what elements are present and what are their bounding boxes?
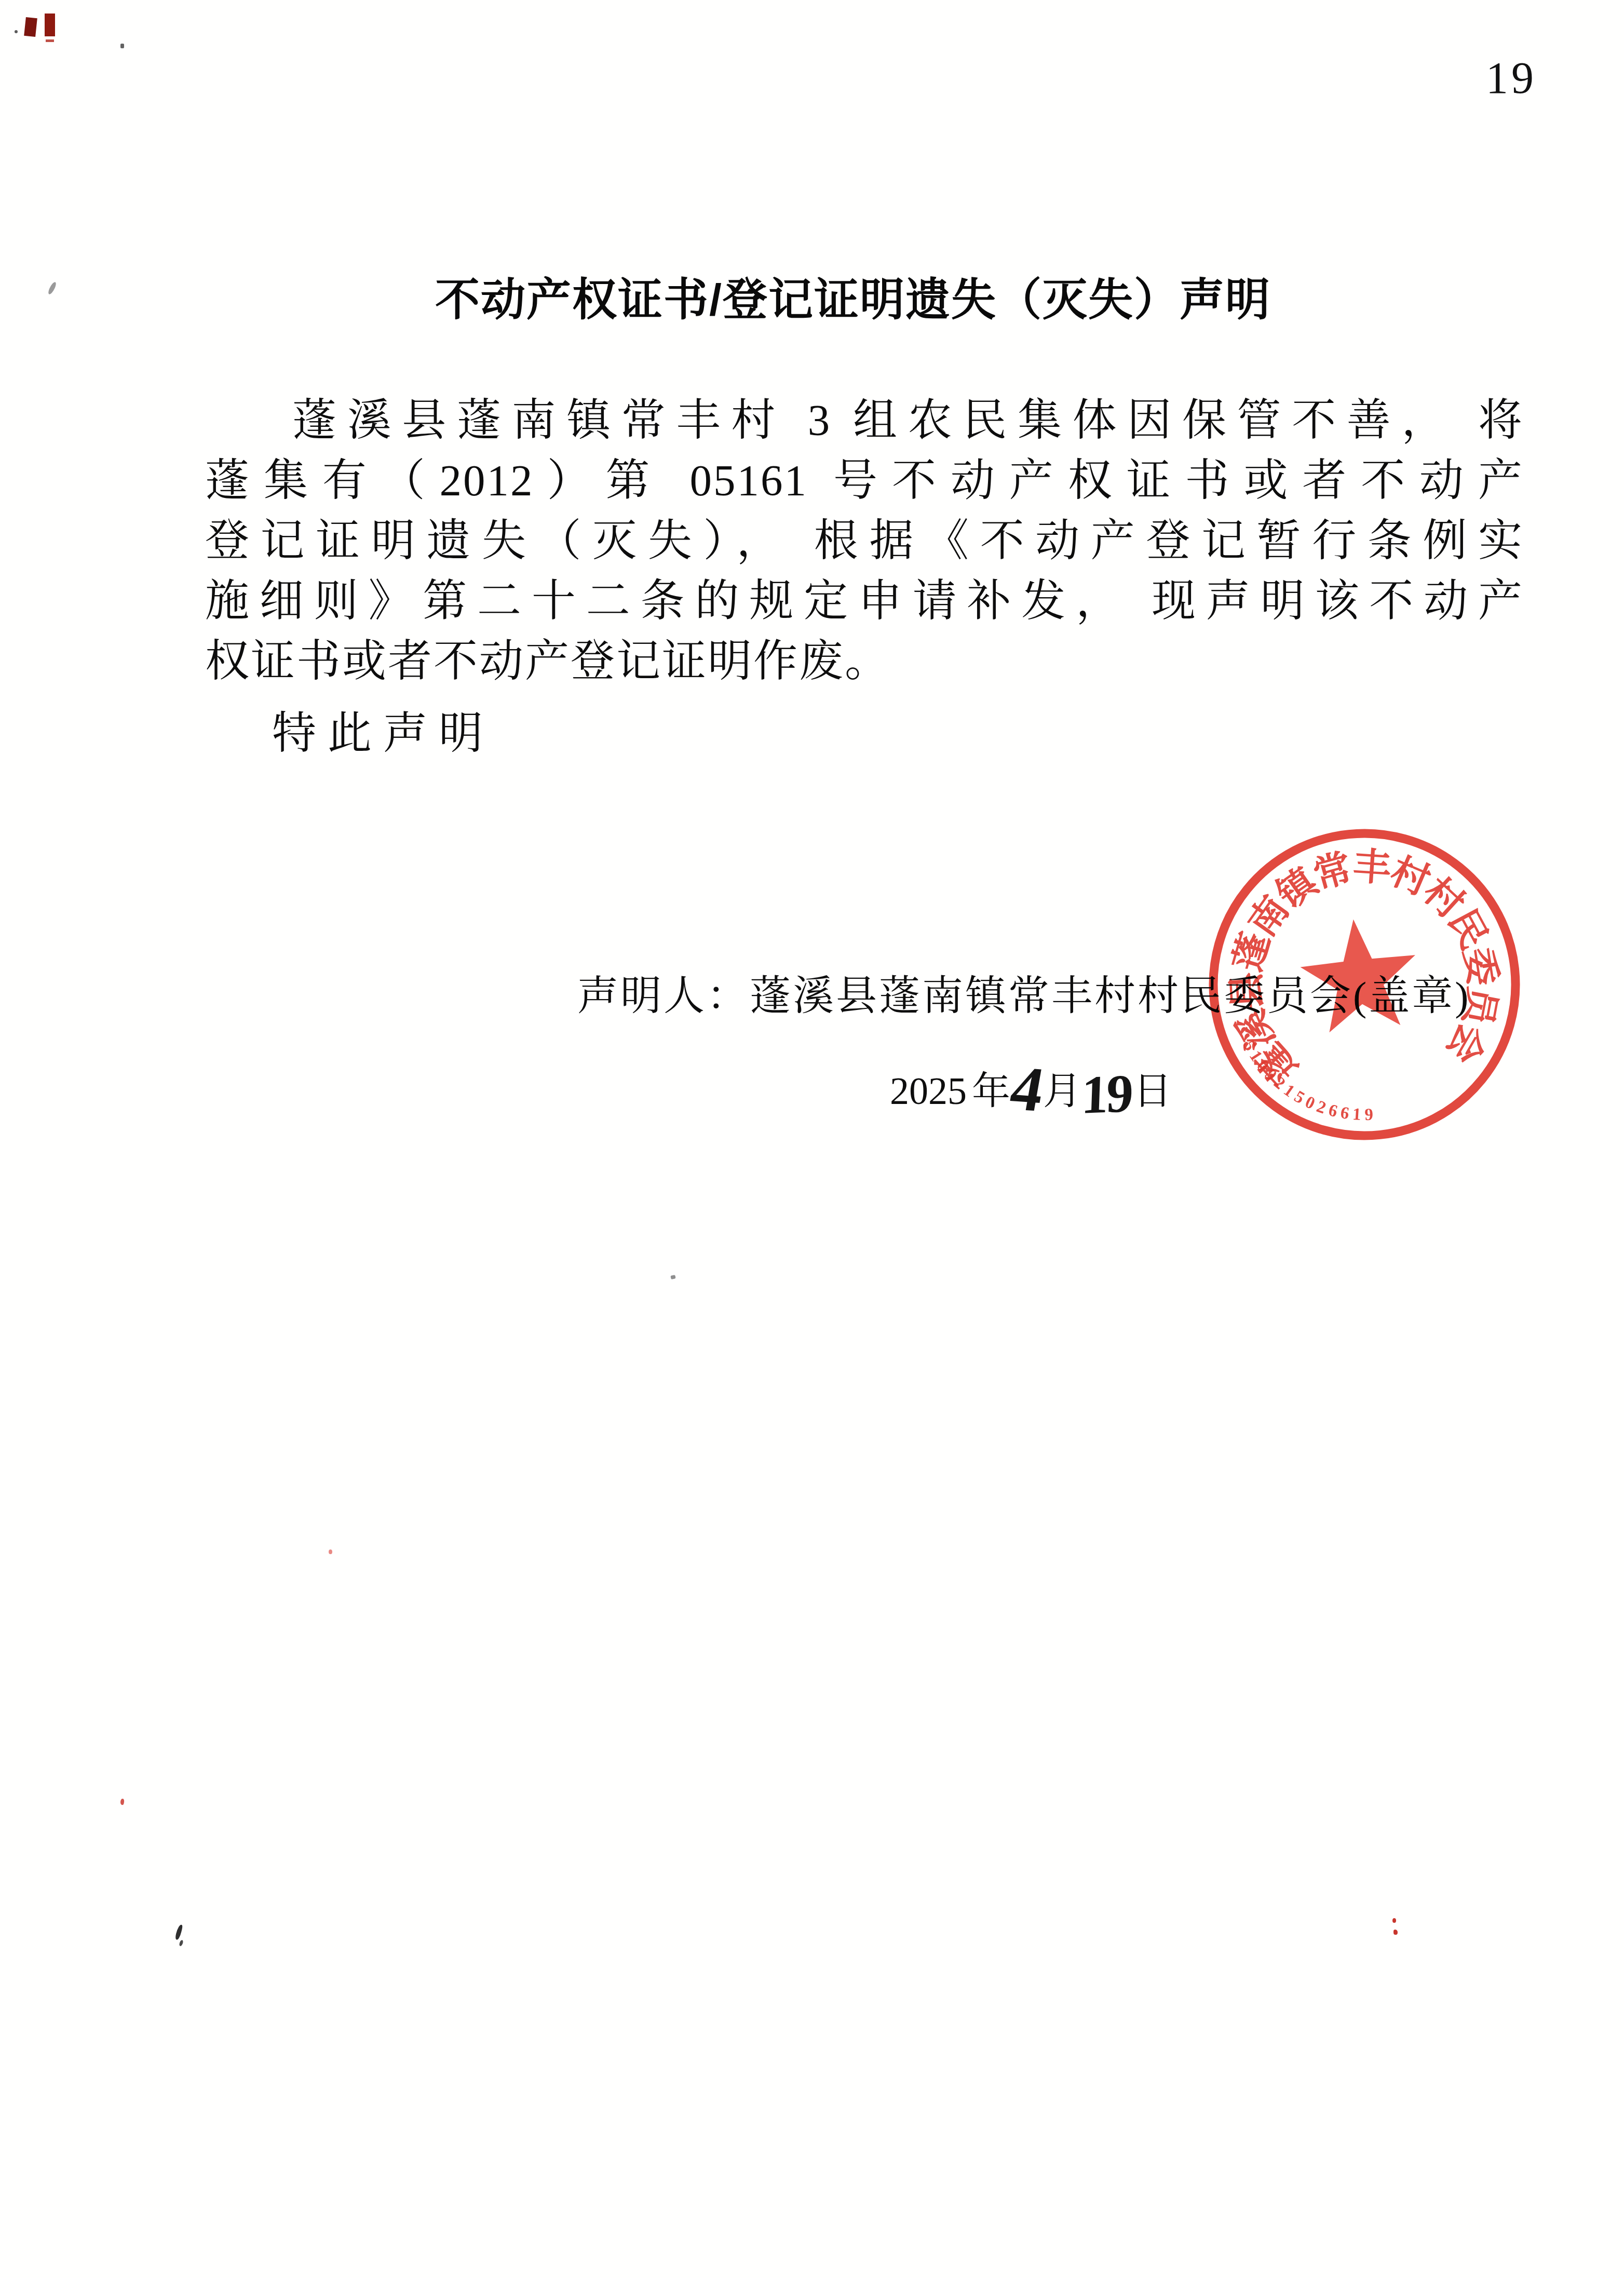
ink-speck [670,1275,675,1279]
ink-speck [120,44,124,48]
ink-speck [1393,1930,1398,1935]
paragraph-line: 施细则》第二十二条的规定申请补发， 现声明该不动产 [205,571,1524,631]
date-month-handwritten: 4 [1005,1053,1049,1127]
official-seal: 蓬溪县蓬南镇常丰村村民委员会5109215026619 [1193,813,1536,1156]
ink-speck [46,39,54,42]
document-title: 不动产权证书/登记证明遗失（灭失）声明 [435,264,1271,328]
date-line: 2025年4月19日 [890,1053,1172,1126]
svg-text:6: 6 [1339,1103,1350,1123]
svg-text:6: 6 [1327,1101,1339,1121]
page-number: 19 [1486,52,1537,104]
date-year: 2025 [890,1070,967,1113]
date-month-unit: 月 [1043,1070,1081,1113]
paragraph-line: 蓬溪县蓬南镇常丰村 3 组农民集体因保管不善， 将 [205,390,1524,451]
date-year-unit: 年 [972,1070,1010,1113]
paragraph-line: 权证书或者不动产登记证明作废。 [205,631,1524,692]
document-page: 19 不动产权证书/登记证明遗失（灭失）声明 蓬溪县蓬南镇常丰村 3 组农民集体… [0,0,1624,2278]
date-day-handwritten: 19 [1080,1062,1132,1126]
official-seal-graphic: 蓬溪县蓬南镇常丰村村民委员会5109215026619 [1193,813,1536,1156]
date-day-unit: 日 [1133,1070,1172,1113]
ink-speck [329,1549,332,1554]
closing-statement: 特此声明 [272,698,494,761]
svg-text:县: 县 [1225,971,1269,1011]
ink-speck [15,30,18,33]
ink-speck [47,281,57,295]
ink-speck [175,1924,183,1940]
paragraph-line: 蓬集有（2012）第 05161 号不动产权证书或者不动产 [205,451,1524,511]
ink-speck [45,14,55,36]
paragraph-line: 登记证明遗失（灭失）， 根据《不动产登记暂行条例实 [205,511,1524,571]
svg-text:2: 2 [1314,1097,1328,1117]
svg-text:9: 9 [1364,1106,1374,1125]
declaration-paragraph: 蓬溪县蓬南镇常丰村 3 组农民集体因保管不善， 将 蓬集有（2012）第 051… [205,390,1524,692]
ink-speck [24,17,37,37]
svg-text:委: 委 [1457,945,1504,989]
ink-speck [1392,1918,1396,1923]
ink-speck [179,1939,184,1946]
svg-text:丰: 丰 [1351,845,1392,890]
svg-text:1: 1 [1352,1105,1362,1124]
ink-speck [120,1799,125,1805]
